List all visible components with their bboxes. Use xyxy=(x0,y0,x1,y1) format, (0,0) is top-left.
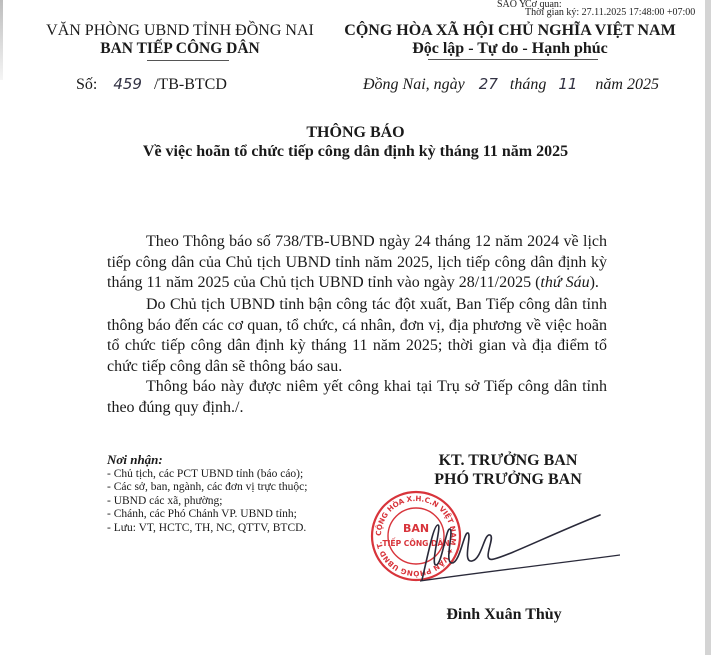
document-title: THÔNG BÁO xyxy=(0,124,711,142)
recipient-item: - Lưu: VT, HCTC, TH, NC, QTTV, BTCD. xyxy=(107,522,307,536)
header-left-underline xyxy=(147,60,229,61)
paragraph-2-text: Do Chủ tịch UBND tỉnh bận công tác đột x… xyxy=(107,295,607,377)
document-number-handwritten: 459 xyxy=(113,75,142,93)
document-subtitle: Về việc hoãn tổ chức tiếp công dân định … xyxy=(0,143,711,161)
year-text: năm 2025 xyxy=(595,76,659,93)
national-motto: Độc lập - Tự do - Hạnh phúc xyxy=(340,40,680,58)
body-paragraph-3: Thông báo này được niêm yết công khai tạ… xyxy=(107,377,607,418)
document-number: Số: 459 /TB-BTCD xyxy=(76,75,227,94)
month-handwritten: 11 xyxy=(558,75,577,93)
header-right-underline xyxy=(428,59,598,60)
handwritten-signature-icon xyxy=(420,505,620,590)
signer-name: Đinh Xuân Thùy xyxy=(0,606,711,624)
document-number-label: Số: xyxy=(76,76,97,93)
recipient-item: - Chánh, các Phó Chánh VP. UBND tỉnh; xyxy=(107,508,307,522)
digital-signature-label: SAO Y xyxy=(497,0,526,9)
paragraph-1-text: Theo Thông báo số 738/TB-UBND ngày 24 th… xyxy=(107,233,607,291)
signature-title-line-2: PHÓ TRƯỞNG BAN xyxy=(0,471,711,489)
month-label: tháng xyxy=(510,76,546,93)
place-and-date: Đồng Nai, ngày 27 tháng 11 năm 2025 xyxy=(363,75,659,94)
national-title: CỘNG HÒA XÃ HỘI CHỦ NGHĨA VIỆT NAM xyxy=(340,22,680,40)
paragraph-1-italic: thứ Sáu xyxy=(540,274,589,291)
digital-signature-time: Thời gian ký: 27.11.2025 17:48:00 +07:00 xyxy=(525,8,695,17)
page-left-edge-shadow xyxy=(0,0,3,80)
signature-title-line-1: KT. TRƯỞNG BAN xyxy=(0,452,711,470)
issuing-department: BAN TIẾP CÔNG DÂN xyxy=(40,40,320,58)
body-paragraph-2: Do Chủ tịch UBND tỉnh bận công tác đột x… xyxy=(107,295,607,377)
issuing-agency: VĂN PHÒNG UBND TỈNH ĐỒNG NAI xyxy=(40,22,320,40)
viewer-right-margin xyxy=(705,0,711,655)
paragraph-1-end: ). xyxy=(590,274,599,291)
body-paragraph-1: Theo Thông báo số 738/TB-UBND ngày 24 th… xyxy=(107,232,607,294)
place-date-prefix: Đồng Nai, ngày xyxy=(363,76,465,93)
document-number-suffix: /TB-BTCD xyxy=(154,76,227,93)
day-handwritten: 27 xyxy=(479,75,498,93)
recipient-item: - UBND các xã, phường; xyxy=(107,495,307,509)
paragraph-3-text: Thông báo này được niêm yết công khai tạ… xyxy=(107,377,607,418)
